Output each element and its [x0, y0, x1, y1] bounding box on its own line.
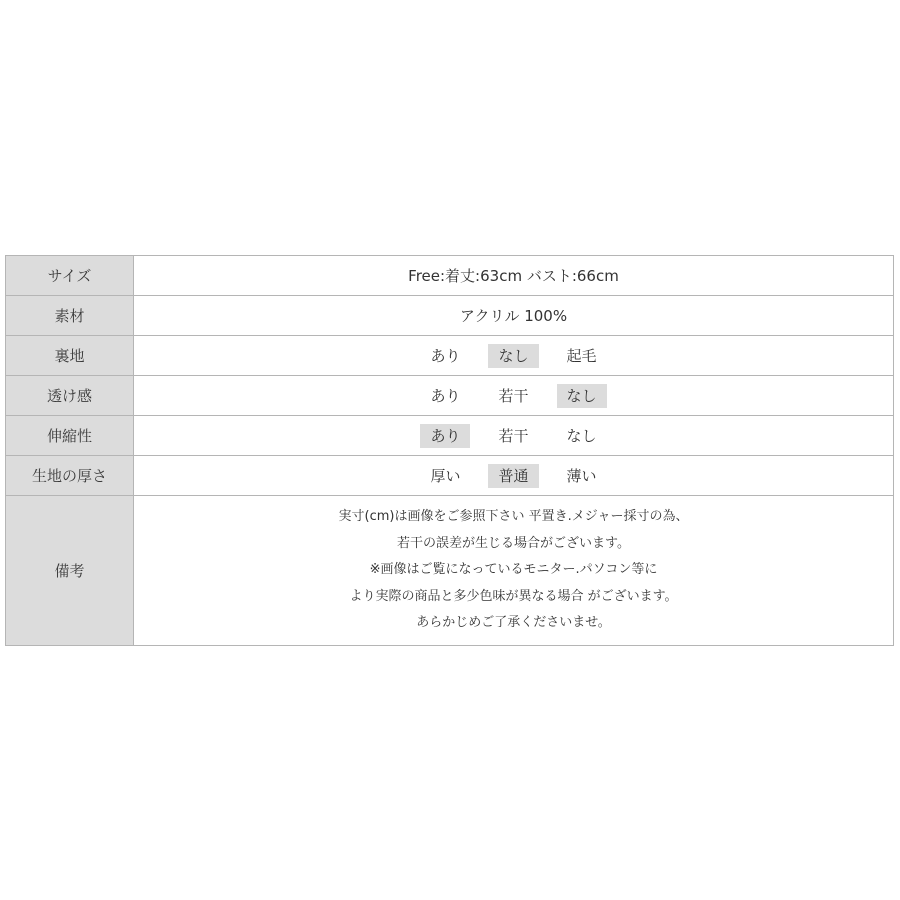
spec-label: 素材 [6, 296, 134, 336]
notes-text: 実寸(cm)は画像をご参照下さい 平置き.メジャー採寸の為、 若干の誤差が生じる… [134, 504, 893, 637]
notes-line: あらかじめご了承くださいませ。 [134, 610, 893, 637]
spec-row-lining: 裏地 あり なし 起毛 [6, 336, 894, 376]
spec-row-thickness: 生地の厚さ 厚い 普通 薄い [6, 456, 894, 496]
option-selected: あり [420, 424, 470, 448]
spec-row-stretch: 伸縮性 あり 若干 なし [6, 416, 894, 456]
spec-label: 伸縮性 [6, 416, 134, 456]
option: あり [420, 344, 470, 368]
option: 起毛 [557, 344, 607, 368]
notes-cell: 実寸(cm)は画像をご参照下さい 平置き.メジャー採寸の為、 若干の誤差が生じる… [134, 496, 894, 646]
spec-row-material: 素材 アクリル 100% [6, 296, 894, 336]
option-selected: 普通 [488, 464, 538, 488]
option-selected: なし [488, 344, 538, 368]
spec-row-sheerness: 透け感 あり 若干 なし [6, 376, 894, 416]
spec-label: 備考 [6, 496, 134, 646]
option: あり [420, 384, 470, 408]
spec-label: 生地の厚さ [6, 456, 134, 496]
option: 若干 [488, 384, 538, 408]
spec-options: あり 若干 なし [134, 376, 894, 416]
spec-options: あり 若干 なし [134, 416, 894, 456]
spec-options: 厚い 普通 薄い [134, 456, 894, 496]
spec-value: アクリル 100% [134, 296, 894, 336]
notes-line: 実寸(cm)は画像をご参照下さい 平置き.メジャー採寸の為、 [134, 504, 893, 531]
spec-label: サイズ [6, 256, 134, 296]
notes-line: より実際の商品と多少色味が異なる場合 がございます。 [134, 584, 893, 611]
spec-row-size: サイズ Free:着丈:63cm バスト:66cm [6, 256, 894, 296]
spec-label: 裏地 [6, 336, 134, 376]
option: なし [557, 424, 607, 448]
spec-label: 透け感 [6, 376, 134, 416]
notes-line: 若干の誤差が生じる場合がございます。 [134, 531, 893, 558]
option: 厚い [420, 464, 470, 488]
spec-value: Free:着丈:63cm バスト:66cm [134, 256, 894, 296]
option: 若干 [488, 424, 538, 448]
spec-row-notes: 備考 実寸(cm)は画像をご参照下さい 平置き.メジャー採寸の為、 若干の誤差が… [6, 496, 894, 646]
spec-options: あり なし 起毛 [134, 336, 894, 376]
notes-line: ※画像はご覧になっているモニター.パソコン等に [134, 557, 893, 584]
option-selected: なし [557, 384, 607, 408]
option: 薄い [557, 464, 607, 488]
product-spec-table: サイズ Free:着丈:63cm バスト:66cm 素材 アクリル 100% 裏… [5, 255, 894, 646]
